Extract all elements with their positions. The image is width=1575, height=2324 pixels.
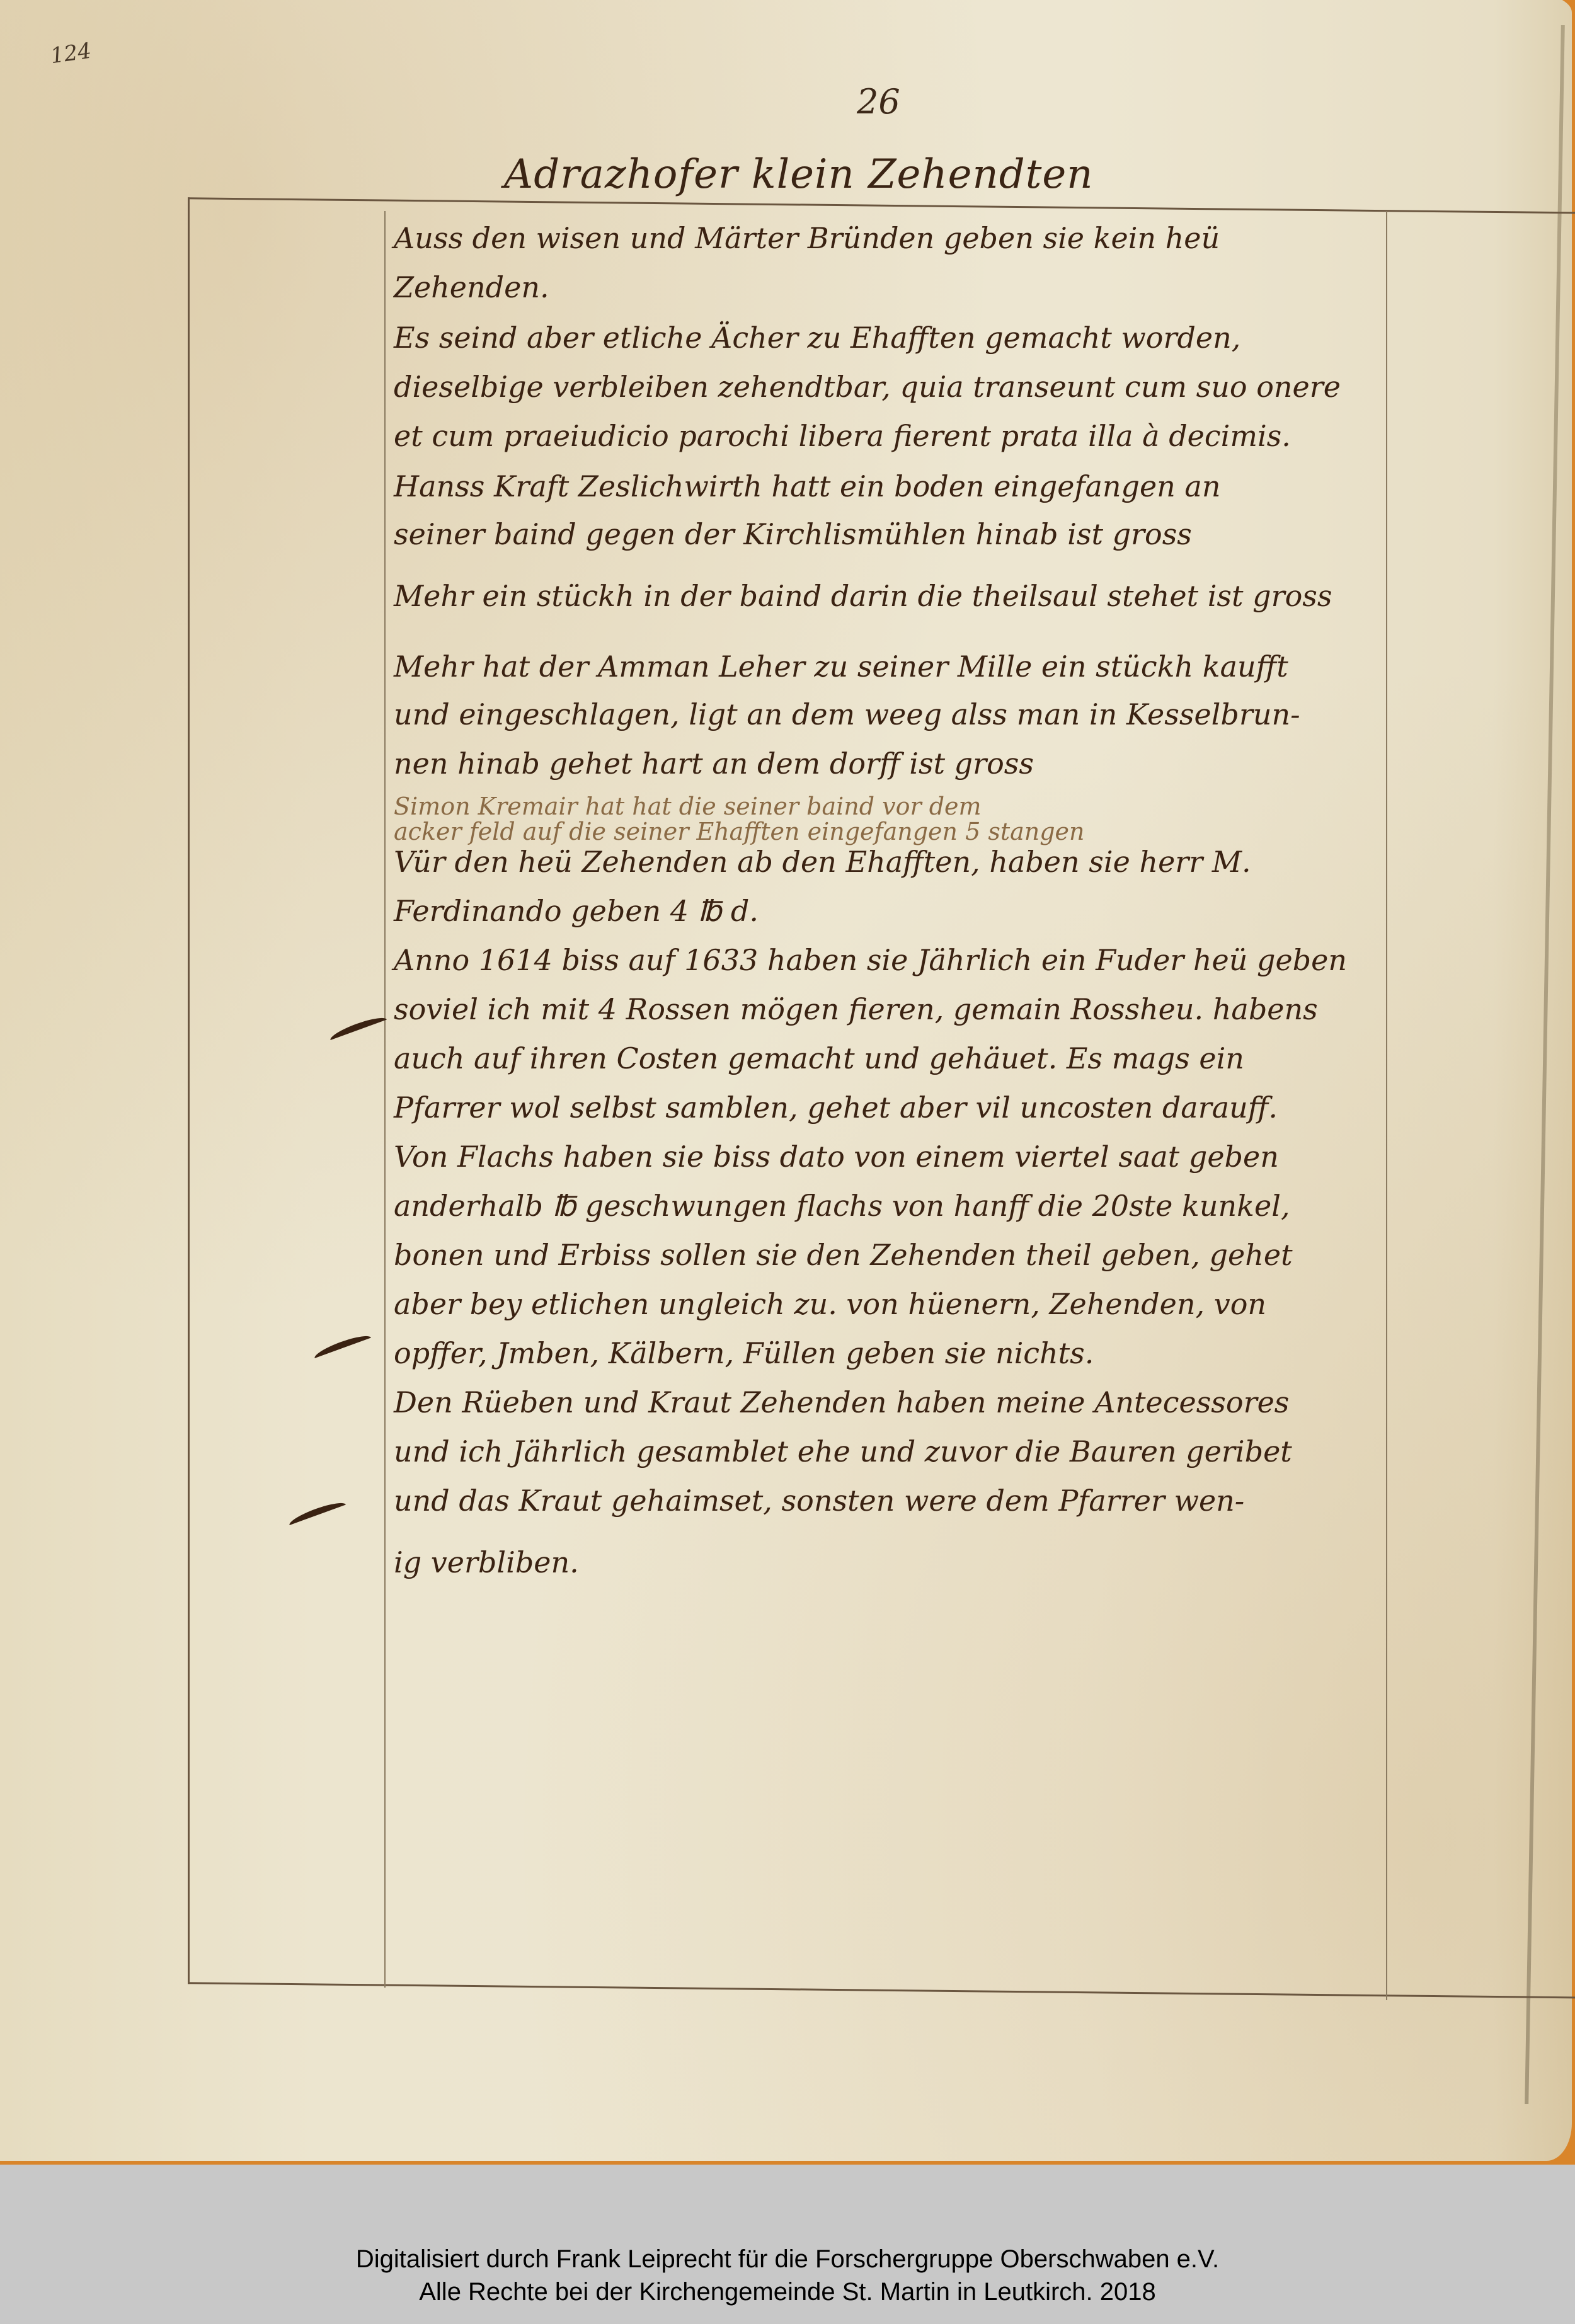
text-line: und ich Jährlich gesamblet ehe und zuvor… [394,1437,1292,1466]
text-line: seiner baind gegen der Kirchlismühlen hi… [394,520,1192,549]
text-line: Pfarrer wol selbst samblen, gehet aber v… [394,1093,1278,1122]
digitization-credit: Digitalisiert durch Frank Leiprecht für … [0,2165,1575,2324]
text-line: ig verbliben. [394,1548,579,1577]
text-line: Hanss Kraft Zeslichwirth hatt ein boden … [394,472,1220,501]
text-line: Ferdinando geben 4 ℔ d. [394,896,759,925]
credit-line-1: Digitalisiert durch Frank Leiprecht für … [0,2245,1575,2274]
page-number: 26 [857,82,900,122]
text-line: Anno 1614 biss auf 1633 haben sie Jährli… [394,946,1347,975]
text-line: Zehenden. [394,273,549,302]
text-line: dieselbige verbleiben zehendtbar, quia t… [394,372,1341,401]
text-line: Vür den heü Zehenden ab den Ehafften, ha… [394,847,1251,876]
faded-annotation-line: acker feld auf die seiner Ehafften einge… [394,820,1085,844]
text-line: Es seind aber etliche Ächer zu Ehafften … [394,323,1240,352]
page-title: Adrazhofer klein Zehendten [504,151,1094,198]
manuscript-page: 124 26 Adrazhofer klein Zehendten Auss d… [0,0,1572,2161]
text-line: auch auf ihren Costen gemacht und gehäue… [394,1044,1244,1073]
text-line: et cum praeiudicio parochi libera fieren… [394,421,1291,450]
text-line: nen hinab gehet hart an dem dorff ist gr… [394,749,1034,778]
text-line: Den Rüeben und Kraut Zehenden haben mein… [394,1388,1289,1417]
text-line: aber bey etlichen ungleich zu. von hüene… [394,1290,1266,1319]
text-line: Mehr ein stückh in der baind darin die t… [394,581,1332,610]
text-line: Von Flachs haben sie biss dato von einem… [394,1142,1279,1171]
text-line: Mehr hat der Amman Leher zu seiner Mille… [394,652,1288,681]
text-line: Auss den wisen und Märter Bründen geben … [394,224,1220,253]
margin-rule-left [384,211,386,1988]
faded-annotation-line: Simon Kremair hat hat die seiner baind v… [394,794,982,818]
manuscript-photo: 124 26 Adrazhofer klein Zehendten Auss d… [0,0,1575,2165]
folio-number: 124 [49,38,93,69]
text-line: opffer, Jmben, Kälbern, Füllen geben sie… [394,1339,1094,1368]
text-line: und eingeschlagen, ligt an dem weeg alss… [394,700,1300,729]
margin-rule-right [1386,211,1387,2000]
credit-line-2: Alle Rechte bei der Kirchengemeinde St. … [0,2278,1575,2306]
text-line: bonen und Erbiss sollen sie den Zehenden… [394,1240,1293,1269]
text-line: und das Kraut gehaimset, sonsten were de… [394,1486,1244,1515]
text-line: soviel ich mit 4 Rossen mögen fieren, ge… [394,995,1318,1024]
text-line: anderhalb ℔ geschwungen flachs von hanff… [394,1191,1290,1220]
